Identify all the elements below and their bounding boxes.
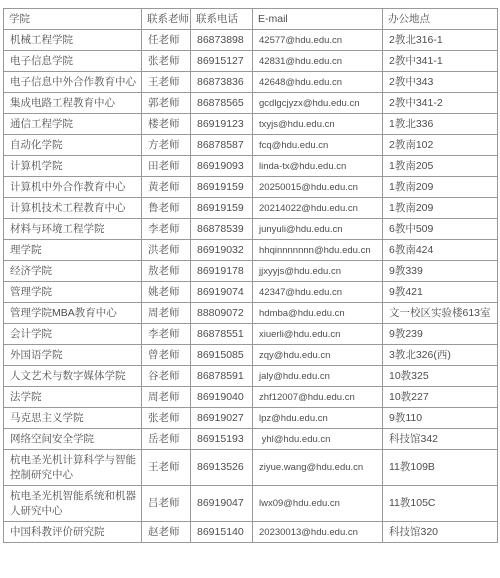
cell-email: hhqinnnnnnn@hdu.edu.cn [253, 240, 383, 261]
cell-email: jjxyyjs@hdu.edu.cn [253, 261, 383, 282]
cell-email: 42347@hdu.edu.cn [253, 282, 383, 303]
cell-teacher: 王老师 [142, 72, 191, 93]
cell-email: 20250015@hdu.edu.cn [253, 177, 383, 198]
table-row: 管理学院MBA教育中心周老师88809072hdmba@hdu.edu.cn文一… [4, 303, 498, 324]
column-header-teacher: 联系老师 [142, 9, 191, 30]
table-row: 人文艺术与数字媒体学院谷老师86878591jaly@hdu.edu.cn10教… [4, 366, 498, 387]
cell-phone: 86873898 [191, 30, 253, 51]
cell-teacher: 张老师 [142, 408, 191, 429]
contact-table-body: 机械工程学院任老师8687389842577@hdu.edu.cn2教北316-… [4, 30, 498, 543]
cell-teacher: 李老师 [142, 219, 191, 240]
cell-email: 42577@hdu.edu.cn [253, 30, 383, 51]
table-row: 会计学院李老师86878551xiuerli@hdu.edu.cn9教239 [4, 324, 498, 345]
table-row: 计算机中外合作教育中心黄老师8691915920250015@hdu.edu.c… [4, 177, 498, 198]
column-header-college: 学院 [4, 9, 142, 30]
cell-email: 20214022@hdu.edu.cn [253, 198, 383, 219]
table-row: 通信工程学院楼老师86919123txyjs@hdu.edu.cn1教北336 [4, 114, 498, 135]
cell-college: 法学院 [4, 387, 142, 408]
table-row: 集成电路工程教育中心郭老师86878565gcdlgcjyzx@hdu.edu.… [4, 93, 498, 114]
cell-college: 电子信息中外合作教育中心 [4, 72, 142, 93]
cell-college: 中国科教评价研究院 [4, 522, 142, 543]
cell-office: 1教南205 [383, 156, 498, 177]
column-header-phone: 联系电话 [191, 9, 253, 30]
table-row: 杭电圣光机计算科学与智能控制研究中心王老师86913526ziyue.wang@… [4, 450, 498, 486]
cell-email: ziyue.wang@hdu.edu.cn [253, 450, 383, 486]
cell-teacher: 王老师 [142, 450, 191, 486]
cell-email: 20230013@hdu.edu.cn [253, 522, 383, 543]
cell-phone: 86915193 [191, 429, 253, 450]
cell-office: 1教南209 [383, 198, 498, 219]
contact-table: 学院 联系老师 联系电话 E-mail 办公地点 机械工程学院任老师868738… [3, 8, 498, 543]
cell-email: linda-tx@hdu.edu.cn [253, 156, 383, 177]
cell-college: 杭电圣光机智能系统和机器人研究中心 [4, 486, 142, 522]
cell-office: 科技馆342 [383, 429, 498, 450]
table-row: 法学院周老师86919040zhf12007@hdu.edu.cn10教227 [4, 387, 498, 408]
cell-office: 10教227 [383, 387, 498, 408]
cell-phone: 86913526 [191, 450, 253, 486]
cell-college: 网络空间安全学院 [4, 429, 142, 450]
table-row: 机械工程学院任老师8687389842577@hdu.edu.cn2教北316-… [4, 30, 498, 51]
table-row: 计算机学院田老师86919093linda-tx@hdu.edu.cn1教南20… [4, 156, 498, 177]
cell-email: zqy@hdu.edu.cn [253, 345, 383, 366]
cell-phone: 86915140 [191, 522, 253, 543]
cell-college: 马克思主义学院 [4, 408, 142, 429]
cell-email: lpz@hdu.edu.cn [253, 408, 383, 429]
table-row: 中国科教评价研究院赵老师8691514020230013@hdu.edu.cn科… [4, 522, 498, 543]
cell-phone: 86919178 [191, 261, 253, 282]
cell-phone: 88809072 [191, 303, 253, 324]
cell-teacher: 楼老师 [142, 114, 191, 135]
cell-college: 集成电路工程教育中心 [4, 93, 142, 114]
cell-phone: 86919040 [191, 387, 253, 408]
cell-college: 理学院 [4, 240, 142, 261]
table-row: 经济学院敖老师86919178jjxyyjs@hdu.edu.cn9教339 [4, 261, 498, 282]
cell-teacher: 鲁老师 [142, 198, 191, 219]
cell-office: 10教325 [383, 366, 498, 387]
cell-email: zhf12007@hdu.edu.cn [253, 387, 383, 408]
cell-teacher: 姚老师 [142, 282, 191, 303]
cell-phone: 86919159 [191, 177, 253, 198]
cell-college: 经济学院 [4, 261, 142, 282]
table-row: 管理学院姚老师8691907442347@hdu.edu.cn9教421 [4, 282, 498, 303]
cell-teacher: 周老师 [142, 303, 191, 324]
cell-teacher: 李老师 [142, 324, 191, 345]
cell-teacher: 方老师 [142, 135, 191, 156]
cell-phone: 86915085 [191, 345, 253, 366]
cell-office: 科技馆320 [383, 522, 498, 543]
cell-email: yhl@hdu.edu.cn [253, 429, 383, 450]
table-row: 网络空间安全学院岳老师86915193 yhl@hdu.edu.cn科技馆342 [4, 429, 498, 450]
cell-college: 管理学院MBA教育中心 [4, 303, 142, 324]
cell-teacher: 周老师 [142, 387, 191, 408]
cell-office: 9教239 [383, 324, 498, 345]
cell-office: 2教北316-1 [383, 30, 498, 51]
table-row: 马克思主义学院张老师86919027lpz@hdu.edu.cn9教110 [4, 408, 498, 429]
cell-office: 6教中509 [383, 219, 498, 240]
cell-phone: 86878591 [191, 366, 253, 387]
cell-college: 计算机学院 [4, 156, 142, 177]
cell-college: 外国语学院 [4, 345, 142, 366]
cell-office: 1教北336 [383, 114, 498, 135]
cell-office: 11教109B [383, 450, 498, 486]
cell-college: 计算机技术工程教育中心 [4, 198, 142, 219]
cell-phone: 86878551 [191, 324, 253, 345]
cell-college: 计算机中外合作教育中心 [4, 177, 142, 198]
column-header-email: E-mail [253, 9, 383, 30]
cell-email: 42648@hdu.edu.cn [253, 72, 383, 93]
cell-email: 42831@hdu.edu.cn [253, 51, 383, 72]
cell-teacher: 任老师 [142, 30, 191, 51]
cell-teacher: 黄老师 [142, 177, 191, 198]
table-row: 外国语学院曾老师86915085zqy@hdu.edu.cn3教北326(西) [4, 345, 498, 366]
cell-phone: 86919159 [191, 198, 253, 219]
cell-phone: 86919123 [191, 114, 253, 135]
cell-teacher: 郭老师 [142, 93, 191, 114]
cell-phone: 86919027 [191, 408, 253, 429]
cell-phone: 86915127 [191, 51, 253, 72]
cell-phone: 86919032 [191, 240, 253, 261]
cell-office: 9教339 [383, 261, 498, 282]
cell-phone: 86919047 [191, 486, 253, 522]
cell-teacher: 敖老师 [142, 261, 191, 282]
cell-email: xiuerli@hdu.edu.cn [253, 324, 383, 345]
cell-phone: 86878539 [191, 219, 253, 240]
cell-teacher: 曾老师 [142, 345, 191, 366]
cell-phone: 86873836 [191, 72, 253, 93]
cell-email: hdmba@hdu.edu.cn [253, 303, 383, 324]
cell-college: 杭电圣光机计算科学与智能控制研究中心 [4, 450, 142, 486]
table-row: 电子信息中外合作教育中心王老师8687383642648@hdu.edu.cn2… [4, 72, 498, 93]
cell-college: 人文艺术与数字媒体学院 [4, 366, 142, 387]
cell-email: junyuli@hdu.edu.cn [253, 219, 383, 240]
cell-teacher: 岳老师 [142, 429, 191, 450]
cell-college: 材料与环境工程学院 [4, 219, 142, 240]
cell-college: 通信工程学院 [4, 114, 142, 135]
cell-office: 9教421 [383, 282, 498, 303]
cell-college: 机械工程学院 [4, 30, 142, 51]
page: 学院 联系老师 联系电话 E-mail 办公地点 机械工程学院任老师868738… [0, 0, 500, 578]
cell-office: 2教中341-2 [383, 93, 498, 114]
table-row: 计算机技术工程教育中心鲁老师8691915920214022@hdu.edu.c… [4, 198, 498, 219]
cell-teacher: 吕老师 [142, 486, 191, 522]
table-row: 材料与环境工程学院李老师86878539junyuli@hdu.edu.cn6教… [4, 219, 498, 240]
cell-email: jaly@hdu.edu.cn [253, 366, 383, 387]
table-row: 自动化学院方老师86878587fcq@hdu.edu.cn2教南102 [4, 135, 498, 156]
cell-email: txyjs@hdu.edu.cn [253, 114, 383, 135]
cell-teacher: 赵老师 [142, 522, 191, 543]
cell-teacher: 张老师 [142, 51, 191, 72]
cell-office: 11教105C [383, 486, 498, 522]
cell-phone: 86919074 [191, 282, 253, 303]
cell-office: 6教南424 [383, 240, 498, 261]
cell-college: 会计学院 [4, 324, 142, 345]
cell-phone: 86878587 [191, 135, 253, 156]
cell-college: 管理学院 [4, 282, 142, 303]
cell-college: 电子信息学院 [4, 51, 142, 72]
table-row: 电子信息学院张老师8691512742831@hdu.edu.cn2教中341-… [4, 51, 498, 72]
cell-phone: 86878565 [191, 93, 253, 114]
cell-teacher: 田老师 [142, 156, 191, 177]
cell-office: 2教南102 [383, 135, 498, 156]
table-header: 学院 联系老师 联系电话 E-mail 办公地点 [4, 9, 498, 30]
cell-email: fcq@hdu.edu.cn [253, 135, 383, 156]
header-row: 学院 联系老师 联系电话 E-mail 办公地点 [4, 9, 498, 30]
cell-teacher: 洪老师 [142, 240, 191, 261]
cell-email: gcdlgcjyzx@hdu.edu.cn [253, 93, 383, 114]
cell-office: 3教北326(西) [383, 345, 498, 366]
column-header-office: 办公地点 [383, 9, 498, 30]
cell-teacher: 谷老师 [142, 366, 191, 387]
cell-college: 自动化学院 [4, 135, 142, 156]
cell-office: 2教中343 [383, 72, 498, 93]
table-row: 杭电圣光机智能系统和机器人研究中心吕老师86919047lwx09@hdu.ed… [4, 486, 498, 522]
cell-office: 文一校区实验楼613室 [383, 303, 498, 324]
cell-phone: 86919093 [191, 156, 253, 177]
cell-office: 9教110 [383, 408, 498, 429]
cell-office: 1教南209 [383, 177, 498, 198]
cell-email: lwx09@hdu.edu.cn [253, 486, 383, 522]
table-row: 理学院洪老师86919032hhqinnnnnnn@hdu.edu.cn6教南4… [4, 240, 498, 261]
cell-office: 2教中341-1 [383, 51, 498, 72]
